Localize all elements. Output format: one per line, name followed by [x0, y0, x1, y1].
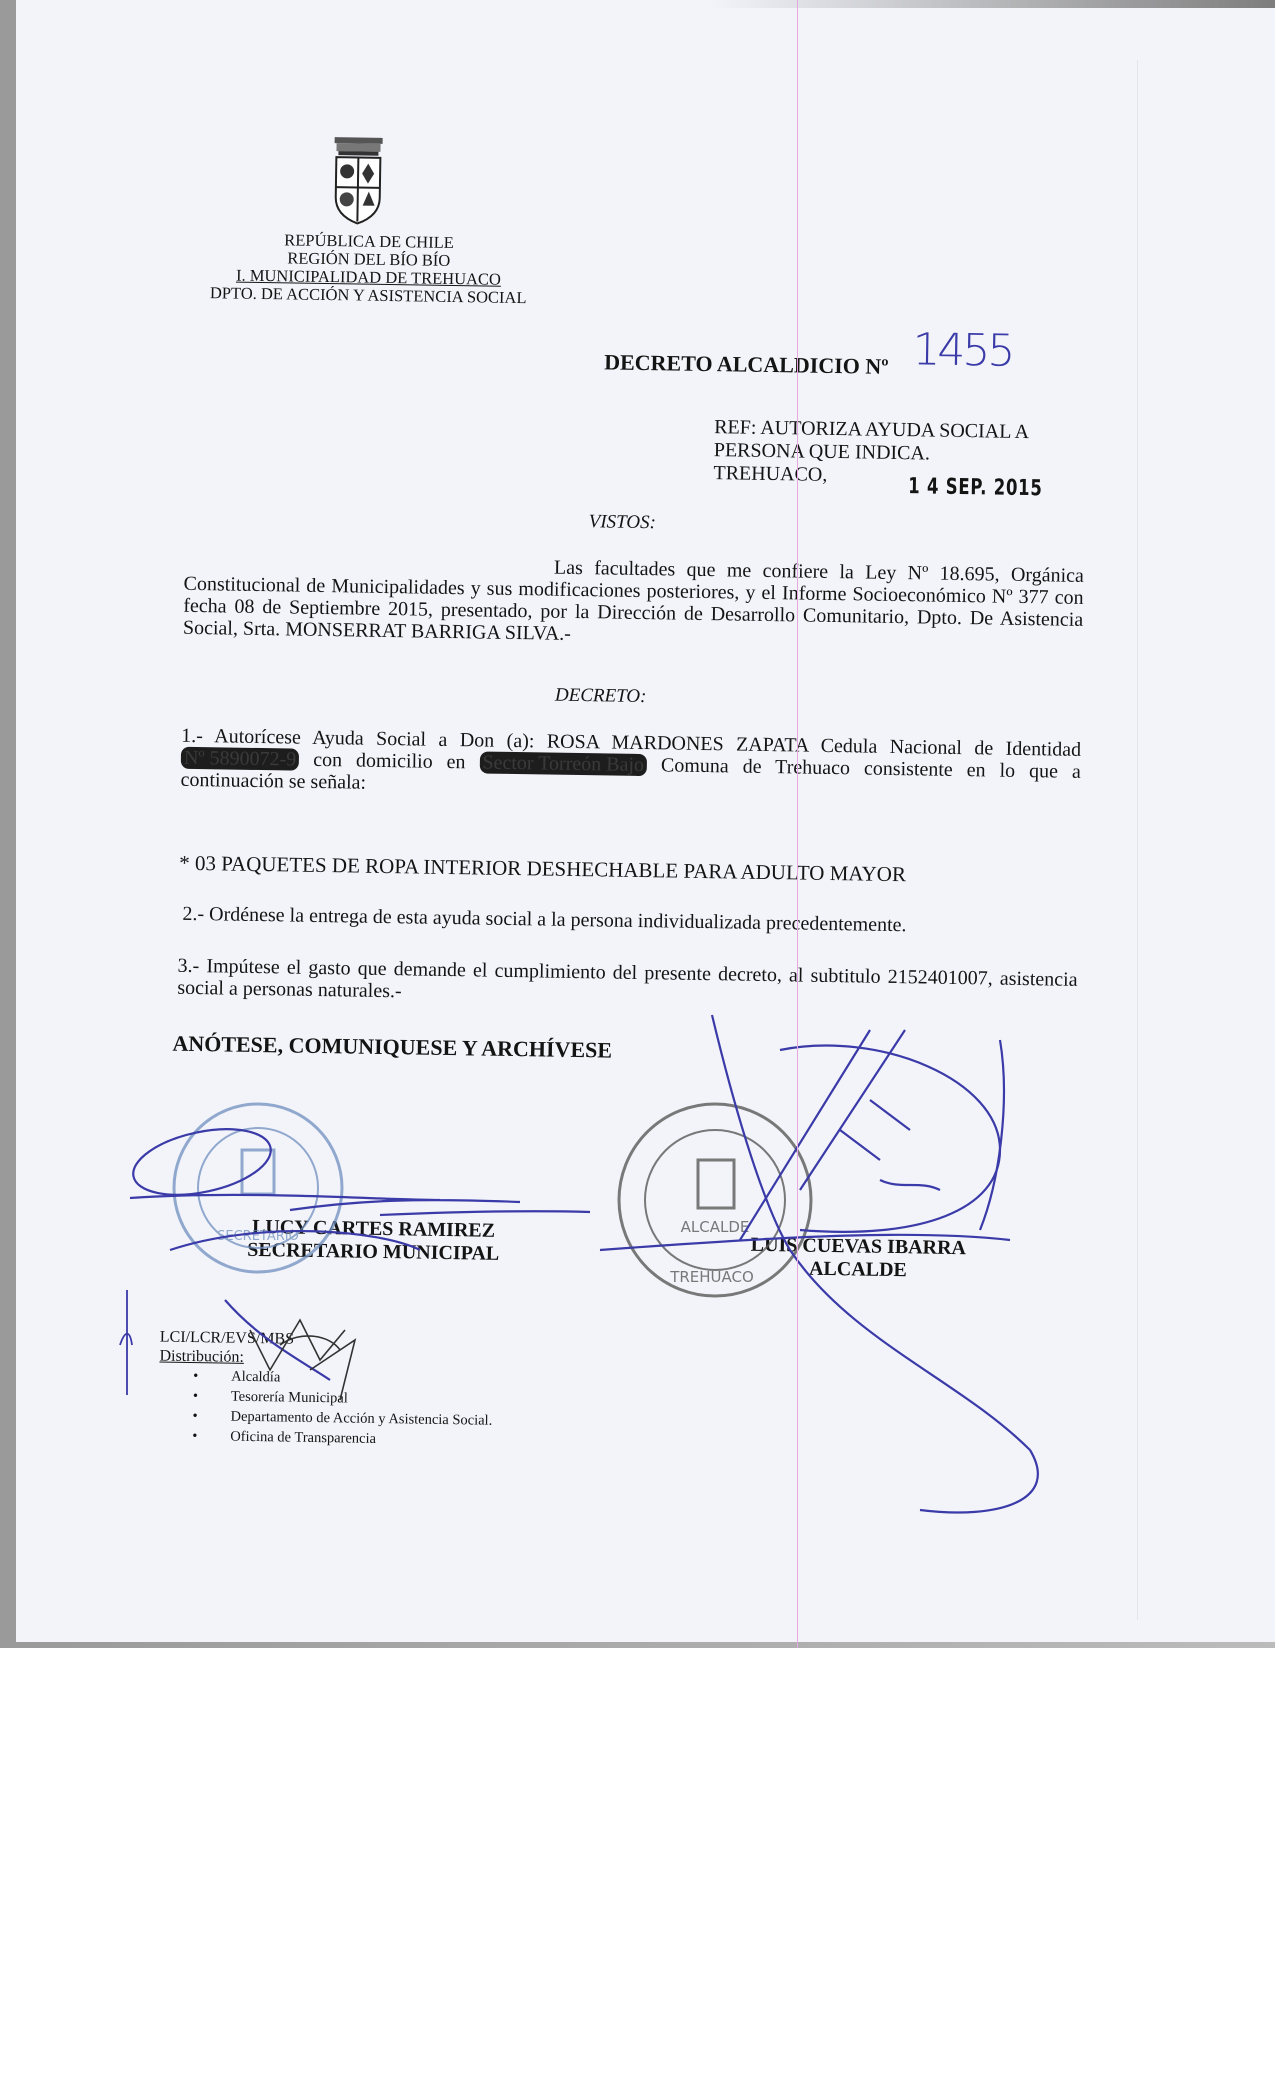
- vistos-heading: VISTOS:: [588, 511, 656, 534]
- decree-number-handwritten: 1455: [912, 324, 1013, 377]
- mayor-name: LUIS CUEVAS IBARRA: [708, 1233, 1008, 1261]
- date-stamp: 1 4 SEP. 2015: [908, 474, 1043, 501]
- secretary-title: SECRETARIO MUNICIPAL: [213, 1238, 533, 1266]
- decree-item-1: 1.- Autorícese Ayuda Social a Don (a): R…: [180, 725, 1081, 805]
- distribution-block: LCI/LCR/EVS/MBS Distribución: Alcaldía T…: [158, 1328, 494, 1451]
- municipal-crest-icon: [329, 135, 386, 226]
- decree-item-2: 2.- Ordénese la entrega de esta ayuda so…: [182, 903, 906, 937]
- distribution-item: Oficina de Transparencia: [158, 1426, 492, 1451]
- decree-title: DECRETO ALCALDICIO Nº: [604, 349, 889, 379]
- mayor-title: ALCALDE: [708, 1256, 1008, 1284]
- decreto-heading: DECRETO:: [555, 685, 647, 708]
- decree-item-3: 3.- Impútese el gasto que demande el cum…: [177, 955, 1078, 1013]
- distribution-list: Alcaldía Tesorería Municipal Departament…: [158, 1366, 493, 1451]
- signatory-secretary: LUCY CARTES RAMIREZ SECRETARIO MUNICIPAL: [213, 1215, 534, 1266]
- letterhead-department: DPTO. DE ACCIÓN Y ASISTENCIA SOCIAL: [178, 284, 558, 308]
- redacted-id-number: Nº 5890072-9: [181, 747, 300, 771]
- signatory-mayor: LUIS CUEVAS IBARRA ALCALDE: [708, 1233, 1009, 1284]
- vistos-text: Las facultades que me confiere la Ley Nº…: [183, 557, 1084, 645]
- letterhead: REPÚBLICA DE CHILE REGIÓN DEL BÍO BÍO I.…: [178, 230, 559, 308]
- redacted-address: Sector Torreón Bajo: [479, 751, 647, 776]
- closing-formula: ANÓTESE, COMUNIQUESE Y ARCHÍVESE: [172, 1031, 612, 1064]
- vistos-paragraph: Las facultades que me confiere la Ley Nº…: [183, 551, 1084, 653]
- item1-text-b: con domicilio en: [299, 749, 480, 774]
- scan-artifact-line: [797, 0, 798, 1648]
